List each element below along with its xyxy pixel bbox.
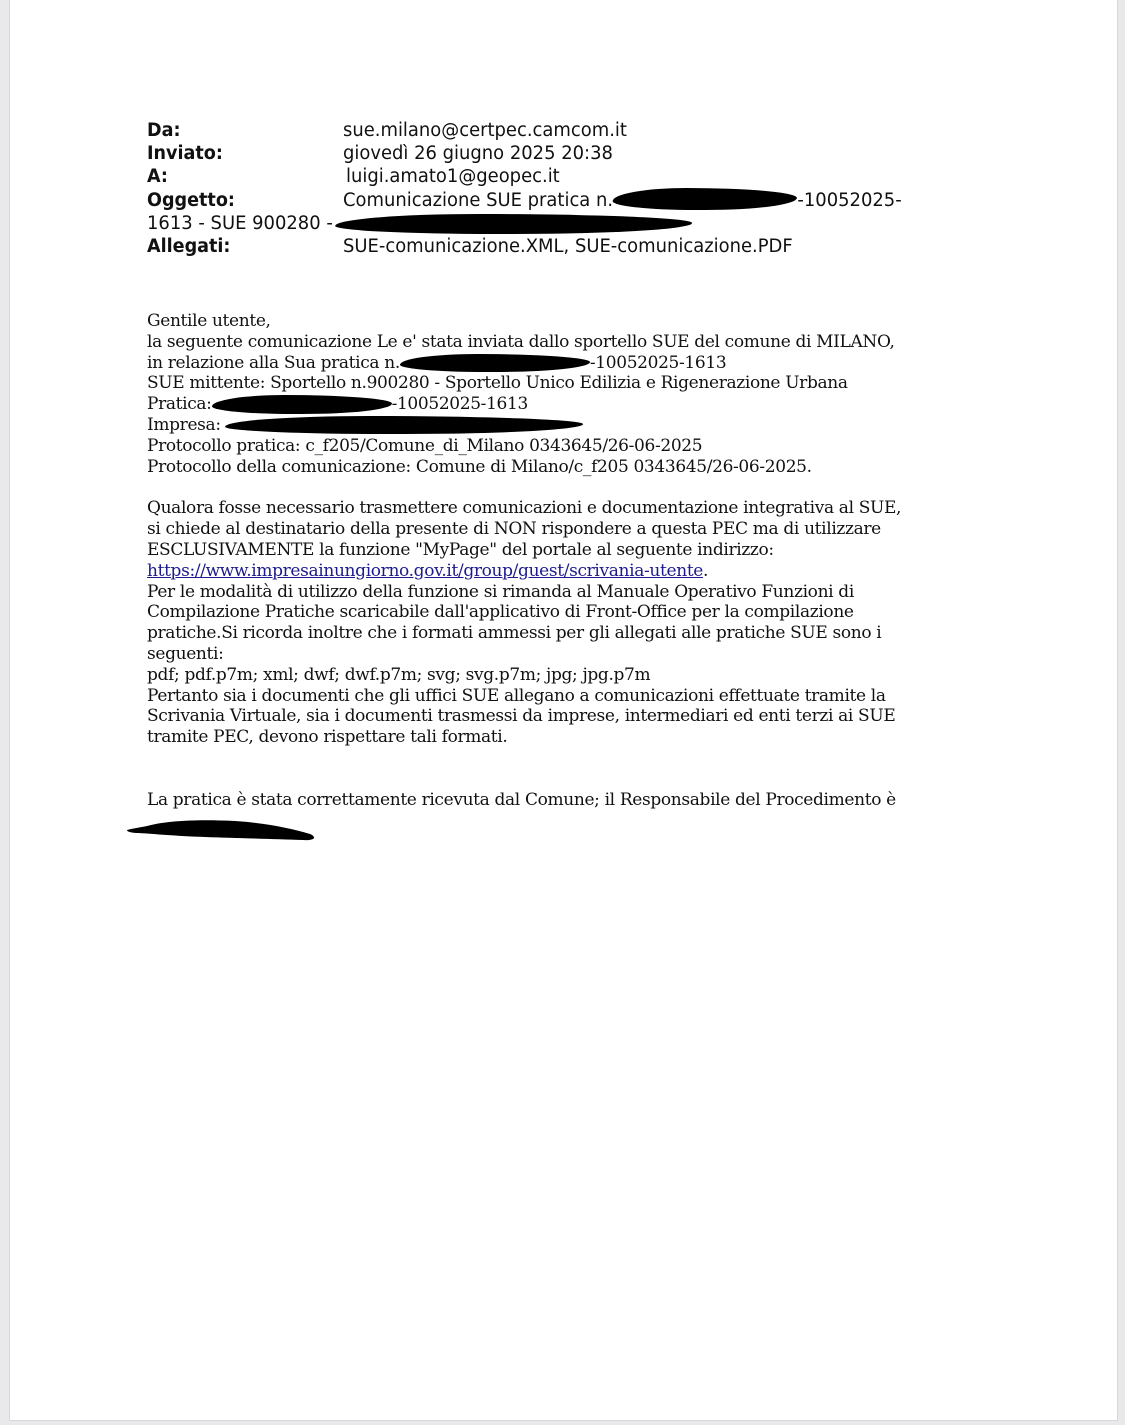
body-line: tramite PEC, devono rispettare tali form… bbox=[147, 727, 997, 748]
pratica-label: Pratica: bbox=[147, 394, 212, 414]
from-value: sue.milano@certpec.camcom.it bbox=[343, 119, 627, 142]
greeting: Gentile utente, bbox=[147, 311, 997, 332]
body-line: Pertanto sia i documenti che gli uffici … bbox=[147, 686, 997, 707]
subject-line2: 1613 - SUE 900280 - bbox=[147, 212, 692, 235]
body-line: Qualora fosse necessario trasmettere com… bbox=[147, 498, 997, 519]
body-line: si chiede al destinatario della presente… bbox=[147, 519, 997, 540]
redaction-scribble bbox=[125, 818, 317, 842]
redaction-mark bbox=[212, 395, 392, 414]
body-line: in relazione alla Sua pratica n.-1005202… bbox=[147, 353, 997, 374]
body-line: SUE mittente: Sportello n.900280 - Sport… bbox=[147, 373, 997, 394]
from-row: Da: sue.milano@certpec.camcom.it bbox=[147, 119, 987, 142]
formats-line: pdf; pdf.p7m; xml; dwf; dwf.p7m; svg; sv… bbox=[147, 665, 997, 686]
practice-ref-prefix: in relazione alla Sua pratica n. bbox=[147, 353, 400, 373]
body-line: ESCLUSIVAMENTE la funzione "MyPage" del … bbox=[147, 540, 997, 561]
body-line: La pratica è stata correttamente ricevut… bbox=[147, 790, 997, 811]
attachments-label: Allegati: bbox=[147, 235, 333, 258]
body-line: Scrivania Virtuale, sia i documenti tras… bbox=[147, 706, 997, 727]
subject-label: Oggetto: bbox=[147, 189, 333, 212]
link-line: https://www.impresainungiorno.gov.it/gro… bbox=[147, 561, 997, 582]
to-row: A: luigi.amato1@geopec.it bbox=[147, 165, 987, 188]
impresa-line: Impresa: bbox=[147, 415, 997, 436]
document-page: Da: sue.milano@certpec.camcom.it Inviato… bbox=[9, 0, 1118, 1421]
sent-value: giovedì 26 giugno 2025 20:38 bbox=[343, 142, 613, 165]
impresa-label: Impresa: bbox=[147, 415, 221, 435]
pratica-suffix: -10052025-1613 bbox=[392, 394, 528, 414]
practice-ref-suffix: -10052025-1613 bbox=[590, 353, 726, 373]
protocollo-pratica: Protocollo pratica: c_f205/Comune_di_Mil… bbox=[147, 436, 997, 457]
body-line: Compilazione Pratiche scaricabile dall'a… bbox=[147, 602, 997, 623]
to-value: luigi.amato1@geopec.it bbox=[346, 165, 560, 188]
body-line: la seguente comunicazione Le e' stata in… bbox=[147, 332, 997, 353]
to-label: A: bbox=[147, 165, 333, 188]
body-line: seguenti: bbox=[147, 644, 997, 665]
attachments-row: Allegati: SUE-comunicazione.XML, SUE-com… bbox=[147, 235, 987, 258]
redaction-mark bbox=[335, 214, 692, 234]
pratica-line: Pratica:-10052025-1613 bbox=[147, 394, 997, 415]
redaction-mark bbox=[225, 416, 583, 434]
subject-row-continued: 1613 - SUE 900280 - bbox=[147, 212, 987, 235]
link-period: . bbox=[703, 561, 708, 581]
redaction-mark bbox=[613, 188, 797, 210]
attachments-value[interactable]: SUE-comunicazione.XML, SUE-comunicazione… bbox=[343, 235, 793, 258]
subject-row: Oggetto: Comunicazione SUE pratica n.-10… bbox=[147, 189, 987, 212]
subject-line2-prefix: 1613 - SUE 900280 - bbox=[147, 213, 333, 234]
protocollo-comunicazione: Protocollo della comunicazione: Comune d… bbox=[147, 457, 997, 478]
subject-suffix: -10052025- bbox=[797, 190, 901, 211]
scrivania-link[interactable]: https://www.impresainungiorno.gov.it/gro… bbox=[147, 561, 703, 581]
redaction-mark bbox=[400, 354, 590, 372]
sent-label: Inviato: bbox=[147, 142, 333, 165]
subject-value: Comunicazione SUE pratica n.-10052025- bbox=[343, 189, 902, 212]
sent-row: Inviato: giovedì 26 giugno 2025 20:38 bbox=[147, 142, 987, 165]
body-line: Per le modalità di utilizzo della funzio… bbox=[147, 582, 997, 603]
body-line: pratiche.Si ricorda inoltre che i format… bbox=[147, 623, 997, 644]
from-label: Da: bbox=[147, 119, 333, 142]
email-body: Gentile utente, la seguente comunicazion… bbox=[147, 311, 997, 811]
subject-prefix: Comunicazione SUE pratica n. bbox=[343, 190, 613, 211]
email-header: Da: sue.milano@certpec.camcom.it Inviato… bbox=[147, 119, 987, 258]
